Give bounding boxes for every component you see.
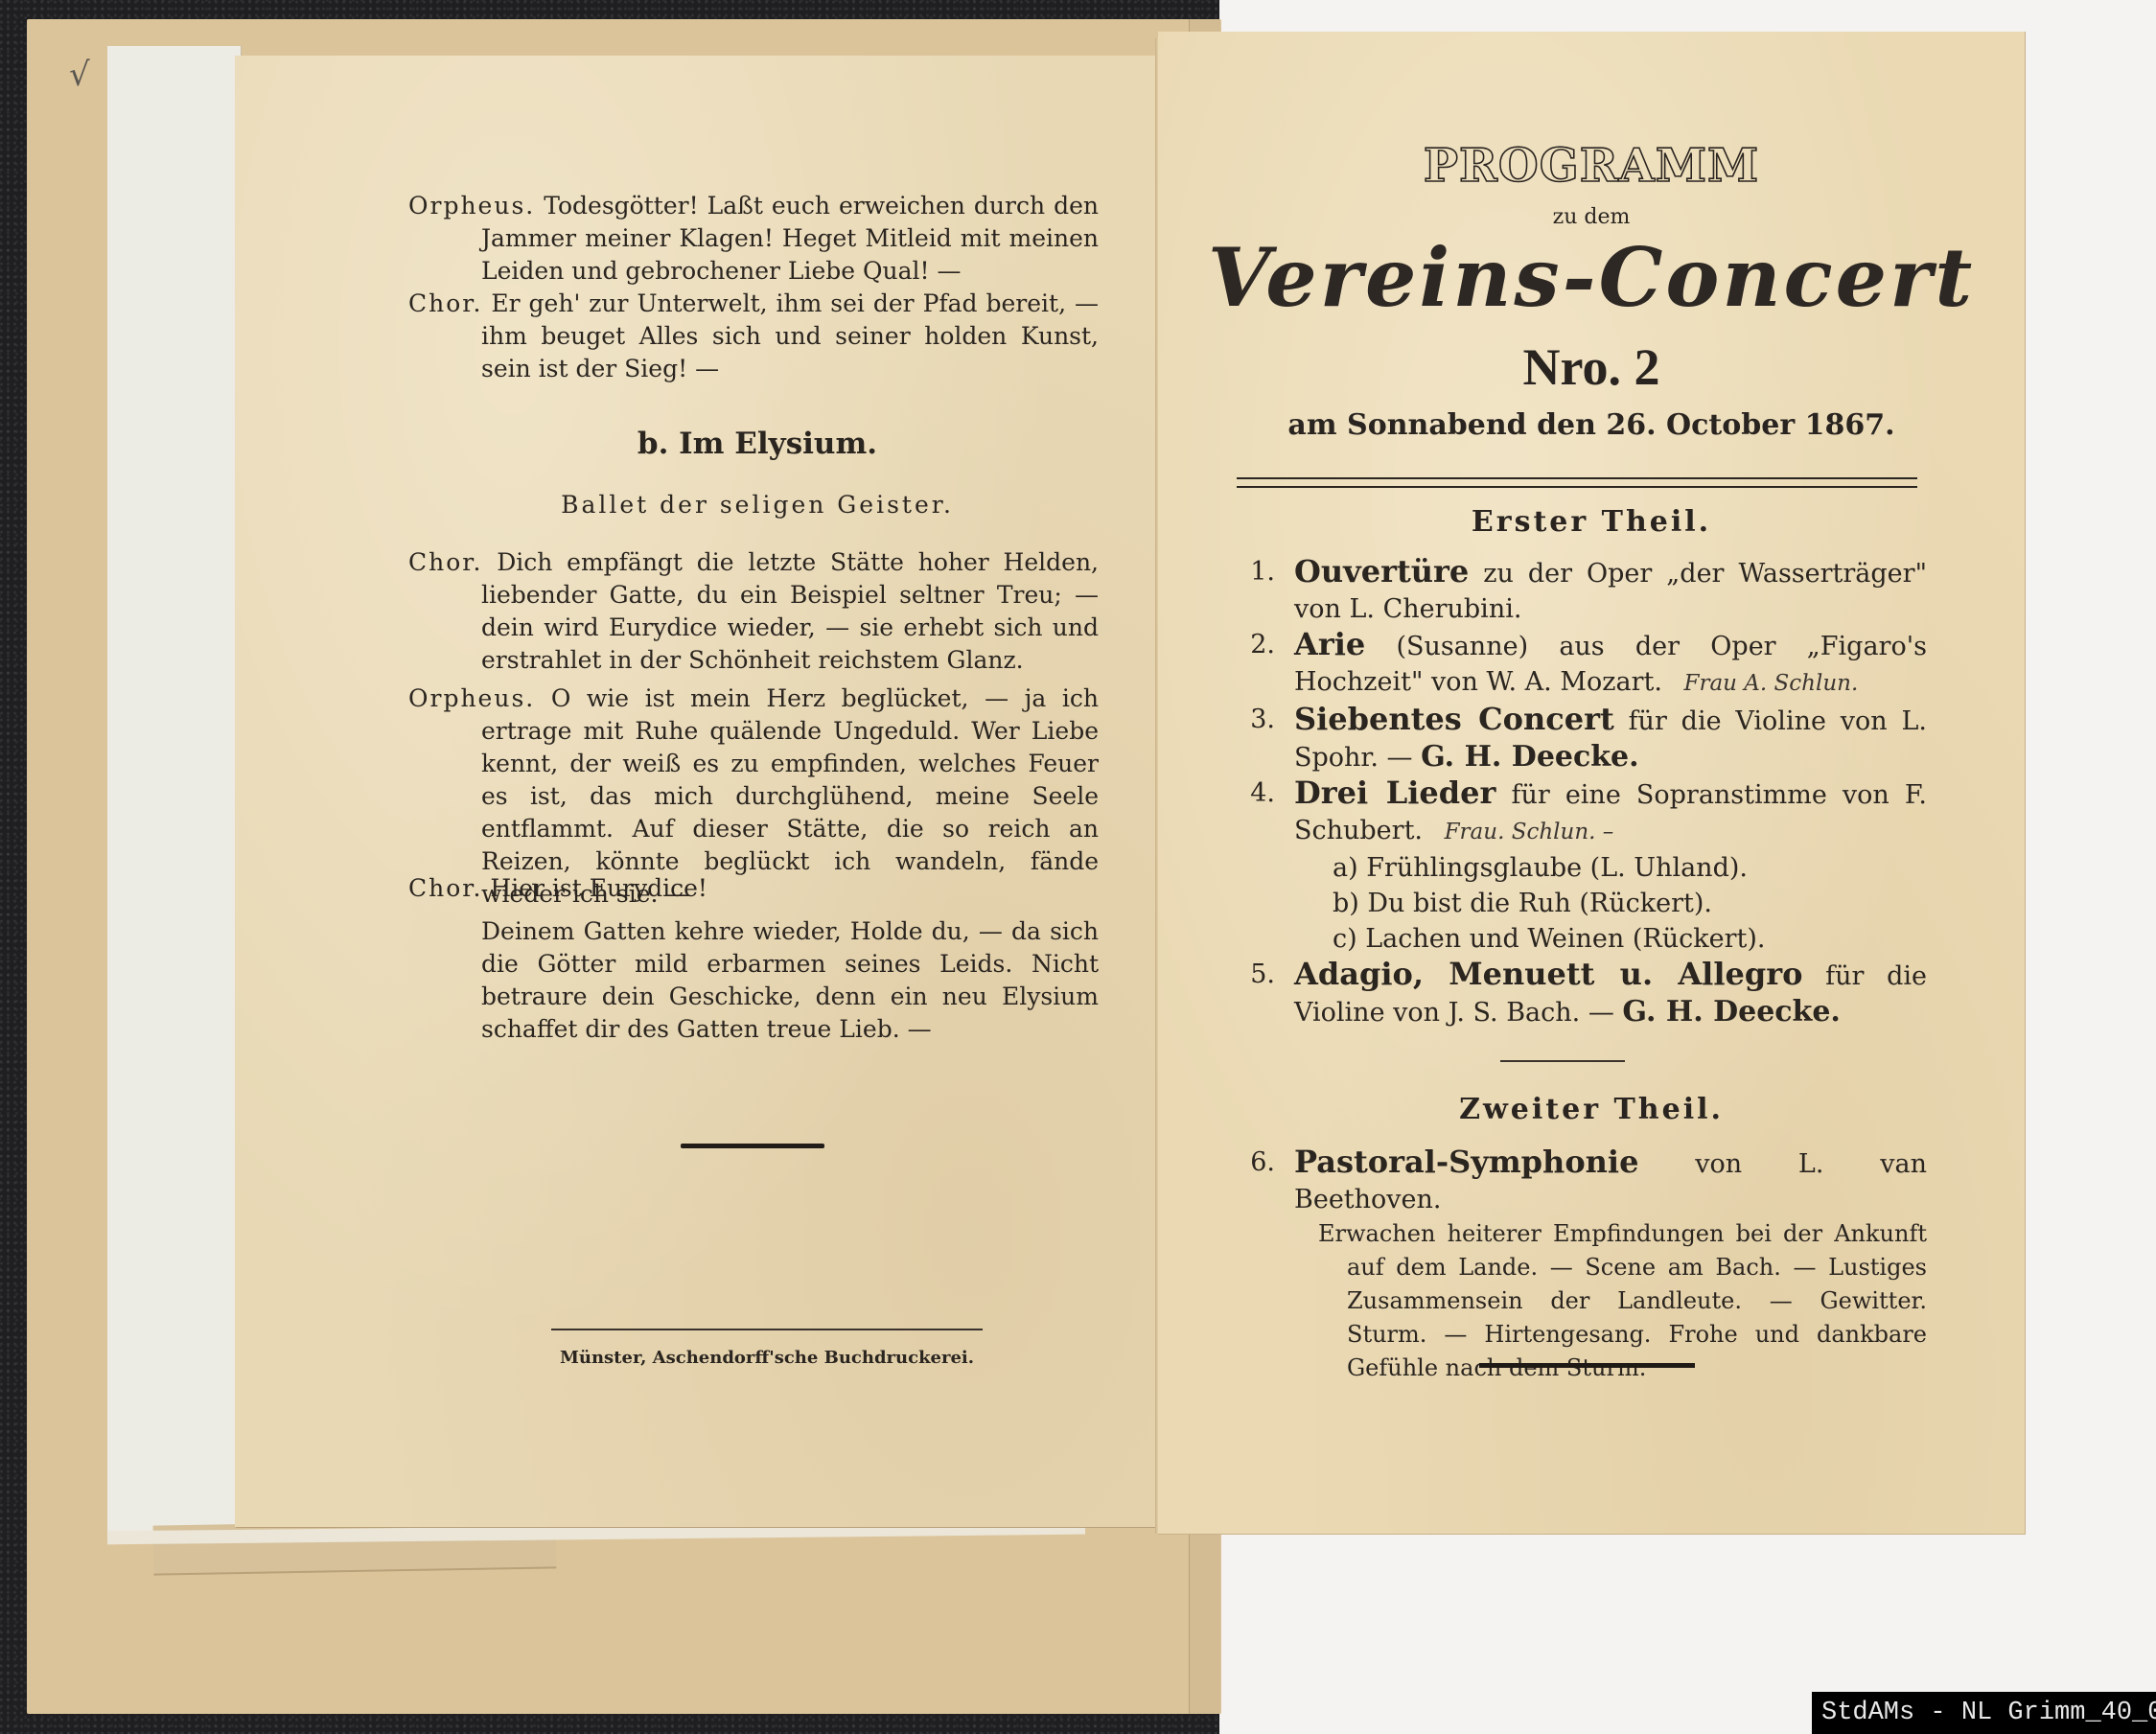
item-performer: G. H. Deecke. — [1622, 995, 1840, 1029]
handwritten-note: Frau A. Schlun. — [1684, 671, 1859, 696]
part-2-items: 6. Pastoral-Symphonie von L. van Beethov… — [1237, 1144, 1927, 1385]
speaker-label: Chor. — [408, 874, 482, 902]
program-item: 5. Adagio, Menuett u. Allegro für die Vi… — [1237, 957, 1927, 1030]
speech-text: Hier ist Eurydice! — [490, 874, 707, 902]
printer-imprint: Münster, Aschendorff'sche Buchdruckerei. — [537, 1342, 997, 1375]
speaker-label: Orpheus. — [408, 684, 535, 712]
white-paper-strip — [107, 46, 242, 1532]
part-1-items: 1. Ouvertüre zu der Oper „der Wasserträg… — [1237, 554, 1927, 1030]
program-subtitle: zu dem — [1158, 201, 2025, 234]
item-work: Adagio, Menuett u. Allegro — [1294, 956, 1802, 992]
archive-label: StdAMs - NL Grimm_40_06 — [1812, 1692, 2156, 1734]
speech-chor-3-continued: Deinem Gatten kehre wieder, Holde du, — … — [408, 915, 1099, 1046]
item-number: 3. — [1237, 702, 1275, 737]
double-rule — [1237, 477, 1917, 488]
section-divider — [1500, 1060, 1625, 1062]
part-1-heading: Erster Theil. — [1158, 505, 2025, 539]
item-number: 1. — [1237, 554, 1275, 590]
symphony-description: Erwachen heiterer Empfindungen bei der A… — [1237, 1217, 1927, 1385]
item-work: Pastoral-Symphonie — [1294, 1144, 1638, 1180]
program-item: 4. Drei Lieder für eine Sopranstimme von… — [1237, 775, 1927, 850]
item-work: Drei Lieder — [1294, 775, 1495, 811]
program-item: 6. Pastoral-Symphonie von L. van Beethov… — [1237, 1144, 1927, 1217]
item-number: 4. — [1237, 775, 1275, 811]
concert-title: Vereins-Concert — [1158, 230, 2025, 325]
concert-number: Nro. 2 — [1158, 337, 2025, 397]
speech-chor-1: Chor. Er geh' zur Unterwelt, ihm sei der… — [408, 288, 1099, 385]
item-work: Ouvertüre — [1294, 553, 1469, 590]
item-work: Siebentes Concert — [1294, 701, 1614, 737]
part-2-heading: Zweiter Theil. — [1158, 1093, 2025, 1126]
handwritten-note: Frau. Schlun. – — [1445, 820, 1614, 844]
concert-date: am Sonnabend den 26. October 1867. — [1158, 408, 2025, 442]
song-item: c) Lachen und Weinen (Rückert). — [1237, 921, 1927, 957]
speaker-label: Chor. — [408, 289, 482, 317]
program-item: 3. Siebentes Concert für die Violine von… — [1237, 702, 1927, 775]
printer-rule — [551, 1329, 983, 1330]
section-subheading: Ballet der seligen Geister. — [498, 489, 1016, 521]
pencil-check-mark: √ — [69, 56, 90, 94]
program-item: 2. Arie (Susanne) aus der Oper „Figaro's… — [1237, 627, 1927, 702]
item-number: 5. — [1237, 957, 1275, 992]
speech-text: Deinem Gatten kehre wieder, Holde du, — … — [481, 917, 1099, 1043]
speech-chor-3: Chor. Hier ist Eurydice! — [408, 872, 1099, 905]
song-item: a) Frühlingsglaube (L. Uhland). — [1237, 850, 1927, 886]
item-performer: G. H. Deecke. — [1421, 740, 1638, 774]
end-rule-left — [681, 1144, 824, 1148]
speaker-label: Chor. — [408, 548, 482, 576]
speech-chor-2: Chor. Dich empfängt die letzte Stätte ho… — [408, 546, 1099, 677]
item-work: Arie — [1294, 626, 1365, 662]
speech-orpheus-1: Orpheus. Todesgötter! Laßt euch erweiche… — [408, 190, 1099, 288]
program-item: 1. Ouvertüre zu der Oper „der Wasserträg… — [1237, 554, 1927, 627]
end-rule-right — [1479, 1363, 1695, 1368]
song-item: b) Du bist die Ruh (Rückert). — [1237, 886, 1927, 921]
section-heading: b. Im Elysium. — [537, 428, 978, 460]
speaker-label: Orpheus. — [408, 192, 535, 220]
speech-text: Er geh' zur Unterwelt, ihm sei der Pfad … — [481, 289, 1099, 382]
item-number: 2. — [1237, 627, 1275, 662]
speech-text: Dich empfängt die letzte Stätte hoher He… — [481, 548, 1099, 674]
program-title: PROGRAMM — [1158, 139, 2025, 193]
item-number: 6. — [1237, 1144, 1275, 1180]
speech-text: Todesgötter! Laßt euch erweichen durch d… — [481, 192, 1099, 285]
